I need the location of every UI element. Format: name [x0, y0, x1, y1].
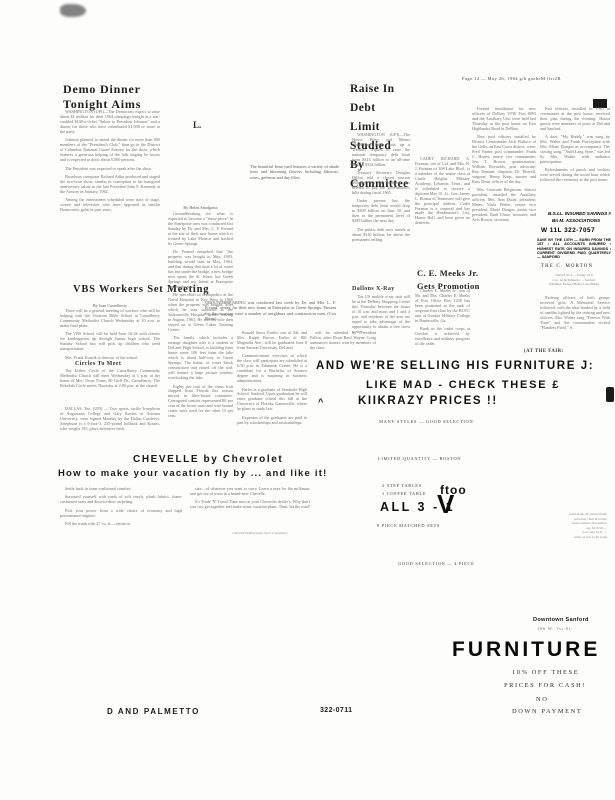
footer-phone-number: 322-0711 — [320, 707, 352, 714]
furniture-ad-step-tables: 2 STEP TABLES — [382, 483, 422, 488]
article-paragraph: Eighty per cent of the citrus fruit ship… — [168, 385, 233, 420]
photo-caption-yard: The beautiful Irma yard features a varie… — [250, 164, 339, 180]
article-graduate-body: Ronald Snow Earles, son of Mr. and Mrs. … — [237, 331, 307, 429]
headline-line: Raise In Debt — [350, 80, 422, 118]
ad-paragraph: Pick your power from a wide choice of ec… — [60, 509, 182, 519]
ad-paragraph: size—of whatever you want to carry. Leav… — [190, 487, 310, 497]
article-paragraph: The US mobile x-ray unit will be at the … — [352, 295, 410, 335]
newspaper-page: Page 12 — May 26, 1964 g/b gazbeM (lsr2B… — [0, 0, 615, 800]
article-paragraph: Retiring officers of both groups receive… — [540, 296, 610, 331]
savings-ad-dense-text: SAVE BY THE 10TH — EARN FROM THE 1ST • A… — [537, 238, 611, 260]
page-header-dateline: Page 12 — May 26, 1964 g/b gazbeM (lsr2B — [462, 76, 561, 81]
subhead-circles-to-meet: Circles To Meet — [75, 361, 121, 367]
article-cowboys-body: DALLAS, Tex. (UPI) — Two sports, tackle … — [60, 407, 160, 435]
furniture-ad-big-v: V — [437, 491, 454, 517]
subhead-xray: Dallons X-Ray — [352, 286, 395, 292]
article-paragraph: Formal installation for new officers of … — [472, 107, 536, 132]
article-paragraph: The Esther Circle of the Casselberry Com… — [60, 369, 160, 389]
at-the-fair-note: (AT THE FAIR: — [524, 349, 564, 354]
article-paragraph: Ronald Snow Earles, son of Mr. and Mrs. … — [237, 331, 307, 351]
fine-print-line: terms as low as $2 week — [527, 535, 607, 540]
savings-ad-fine-print: Open 9 'til 4 — Friday 'til 6Cor. 1st & … — [538, 273, 610, 287]
furniture-ad-headline2: LIKE MAD - CHECK THESE £ — [366, 379, 560, 391]
article-paragraph: The family, which includes a teenage dau… — [168, 336, 233, 381]
article-meeks-body: Charles E. Meeks Jr., son of Mr. and Mrs… — [415, 289, 470, 350]
scan-smudge-topleft — [60, 4, 86, 17]
furniture-ad-offer-line2: PRICES FOR CASH! — [504, 682, 586, 689]
article-vfw-body: Formal installation for new officers of … — [472, 107, 536, 226]
furniture-ad-dealer-address: 106 W. 1st St. — [537, 626, 573, 631]
article-paragraph: Mrs. Frank Kosnik is director of the sch… — [60, 356, 160, 361]
furniture-ad-quantity-line: LIMITED QUANTITY — BOSTON — [378, 456, 461, 461]
article-paragraph: Past officers, installed in 1963 at cere… — [540, 107, 610, 132]
chevelle-ad-left-copy: Settle back in foam-cushioned comfort.Su… — [60, 487, 182, 531]
article-paragraph: The VBS School will be held June 16-26 w… — [60, 332, 160, 352]
furniture-ad-dealer-location: Downtown Sanford — [533, 617, 589, 623]
article-paragraph: WASHINGTON (UPI)—The House Ways and Mean… — [352, 133, 410, 168]
ad-paragraph: Settle back in foam-cushioned comfort. — [60, 487, 182, 492]
furniture-ad-caret: ^ — [318, 397, 323, 407]
article-paragraph: New post officers installed by District … — [472, 135, 536, 185]
headline-line: VBS Workers — [73, 284, 144, 295]
chevelle-ad-subtitle: How to make your vacation fly by ... and… — [58, 468, 327, 479]
article-demo-dinner-body: WASHINGTON (UPI)—The Democrats expect to… — [60, 110, 160, 217]
ad-paragraph: Fill the trunk with 27 cu. ft.—vacation — [60, 522, 182, 527]
article-xray-body: The US mobile x-ray unit will be at the … — [352, 295, 410, 338]
article-paragraph: CADET RICHARD A. Furman, son of Col. and… — [415, 157, 470, 226]
ad-paragraph: Surround yourself with yards of soft vin… — [60, 495, 182, 505]
furniture-ad-offer-line3: NO — [536, 696, 548, 703]
article-paragraph: Mrs. Gertrude Bergstrom, district presid… — [472, 188, 536, 223]
article-paragraph: Johnson planned to attend the dinner for… — [60, 138, 160, 163]
byline-groundbreaking: By Helen Snodgrass — [168, 205, 233, 210]
savings-ad-line2: Bn M. ASSOCIATIONS — [552, 218, 600, 223]
footer-store-name: D AND PALMETTO — [107, 707, 200, 716]
article-circles-body: The Esther Circle of the Casselberry Com… — [60, 369, 160, 392]
furniture-ad-coffee-table: 1 COFFEE TABLE — [382, 491, 426, 496]
furniture-ad-good-selection: GOOD SELECTION — 4 PIECE — [398, 561, 475, 566]
fine-print-line: (Member Federal Home Loan Bank) — [538, 282, 610, 287]
chevelle-ad-fine-print: Chevelle Malibu Super Sport Convertible — [210, 531, 310, 535]
article-paragraph: Refreshments of punch and cookies were s… — [540, 168, 610, 183]
savings-ad-line1: B.S.cL. INSURED SAVINGS # — [548, 211, 611, 216]
article-paragraph: Rank in the cadet corps at Gordon is ach… — [415, 327, 470, 347]
article-paragraph: Charles E. Meeks Jr., son of Mr. and Mrs… — [415, 289, 470, 324]
article-cadet-body: CADET RICHARD A. Furman, son of Col. and… — [415, 157, 470, 230]
article-paragraph: Under present law, the temporary debt li… — [352, 199, 410, 224]
article-paragraph: Commencement exercises at which the clas… — [237, 354, 307, 384]
scan-artifact-edge-blob — [606, 387, 614, 402]
furniture-ad-headline1: AND WE'RE SELLING HIS FURNITURE J: — [316, 360, 594, 372]
article-paragraph: Among the entertainers scheduled were st… — [60, 198, 160, 213]
savings-ad-phone: W 11L 322-7057 — [541, 227, 595, 234]
headline-line: Demo Dinner — [63, 82, 141, 97]
article-paragraph: The public debt now stands at about $310… — [352, 228, 410, 243]
stray-letter-mark: L. — [193, 120, 201, 130]
article-vfw-continued: Past officers, installed in 1963 at cere… — [540, 107, 610, 187]
furniture-ad-matched-sets: 8 PIECE MATCHED SETS — [377, 523, 440, 528]
article-paragraph: Treasury Secretary Douglas Dillon told a… — [352, 171, 410, 196]
article-paragraph: DALLAS, Tex. (UPI) — Two sports, tackle … — [60, 407, 160, 432]
furniture-ad-headline3: KIIKRAZY PRICES !! — [358, 395, 498, 407]
photo-caption-groundbreaking: GROUNDBREAKING was conducted last week b… — [205, 300, 336, 321]
article-vbs-body: There will be a general meeting of worke… — [60, 309, 160, 364]
furniture-ad-offer-line4: DOWN PAYMENT — [512, 708, 582, 715]
chevelle-ad-title: CHEVELLE by Chevrolet — [133, 454, 283, 465]
article-paragraph: The President was expected to speak afte… — [60, 167, 160, 172]
article-vfw-below-ad: Retiring officers of both groups receive… — [540, 296, 610, 334]
article-paragraph: Dr. Freund remarked that "the property w… — [168, 250, 233, 290]
article-debt-body: WASHINGTON (UPI)—The House Ways and Mean… — [352, 133, 410, 246]
headline-demo-dinner: Demo Dinner Tonight Aims — [63, 82, 141, 112]
ad-paragraph: It's Trade 'N' Travel Time now at your C… — [190, 500, 310, 510]
article-paragraph: Earles is a graduate of Seminole High Sc… — [237, 388, 307, 413]
furniture-ad-offer-line1: 10% OFF THESE — [512, 669, 579, 676]
article-paragraph: Broadway composer Richard Adler produced… — [60, 175, 160, 195]
furniture-ad-fine-print: solid maple & walnut finishsofa bed, cha… — [527, 512, 607, 540]
article-paragraph: A duet, "My Buddy," was sung by Mrs. Wal… — [540, 135, 610, 165]
article-paragraph: Expenses of the graduates are paid in pa… — [237, 416, 307, 426]
headline-line: C. E. Meeks Jr. — [417, 267, 480, 280]
furniture-ad-big-name: FURNITURE — [452, 638, 600, 662]
furniture-ad-styles-line: MANY STYLES — GOOD SELECTION — [379, 419, 473, 424]
article-paragraph: There will be a general meeting of worke… — [60, 309, 160, 329]
article-paragraph: WASHINGTON (UPI)—The Democrats expect to… — [60, 110, 160, 135]
chevelle-ad-right-copy: size—of whatever you want to carry. Leav… — [190, 487, 310, 514]
article-paragraph: Groundbreaking for what is expected to b… — [168, 212, 233, 247]
savings-ad-name: THE C. MORTON — [541, 264, 593, 269]
